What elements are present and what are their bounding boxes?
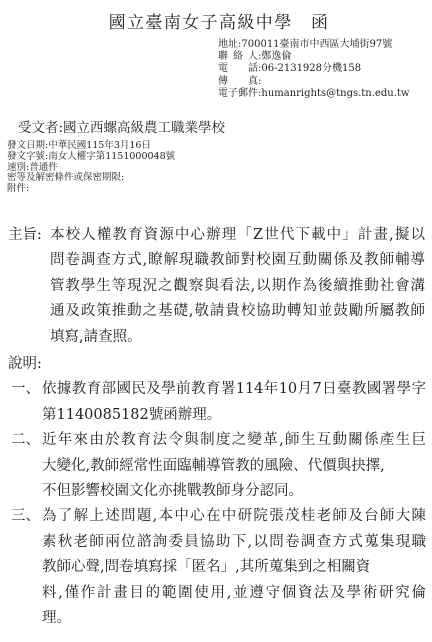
meta-line-ref-number: 發文字號:南女人權字第1151000048號: [7, 152, 175, 163]
contact-label: 傳真: [218, 76, 258, 88]
item-line: 依據教育部國民及學前教育署114年10月7日臺教國署學字: [42, 377, 426, 402]
explanation-heading: 說明:: [8, 352, 426, 377]
contact-row-fax: 傳真:: [218, 76, 409, 88]
contact-row-phone: 電話:06-2131928分機158: [218, 63, 409, 75]
subject-line: 填寫,請查照。: [50, 325, 425, 350]
item-line: 第1140085182號函辦理。: [42, 403, 426, 428]
contact-value: 700011臺南市中西區大埔街97號: [241, 39, 392, 50]
meta-line-classification: 密等及解密條件或保密期限:: [7, 173, 175, 184]
contact-value: 鄭逸倫: [261, 51, 291, 62]
contact-label: 電子郵件: [218, 88, 258, 100]
item-line: 不但影響校園文化亦挑戰教師身分認同。: [42, 479, 426, 504]
recipient-line: 受文者:國立西螺高級農工職業學校: [18, 116, 225, 136]
contact-label: 聯絡人: [218, 51, 258, 63]
item-number-label: 一、: [11, 377, 40, 402]
official-letter-page: 國立臺南女子高級中學 函 地址:700011臺南市中西區大埔街97號 聯絡人:鄭…: [0, 0, 432, 642]
contact-row-address: 地址:700011臺南市中西區大埔街97號: [218, 39, 409, 51]
subject-line: 問卷調查方式,瞭解現職教師對校園互動關係及教師輔導: [50, 248, 425, 273]
explanation-item-3: 三、 為了解上述問題,本中心在中研院張茂桂老師及台師大陳 素秋老師兩位諮詢委員協…: [11, 504, 426, 631]
item-number-label: 二、: [11, 428, 40, 453]
contact-row-email: 電子郵件:humanrights@tngs.tn.edu.tw: [218, 88, 409, 100]
subject-line: 管教學生等現況之觀察與看法,以期作為後續推動社會溝: [50, 274, 425, 299]
meta-line-attachment: 附件:: [7, 184, 175, 195]
item-line: 教師心聲,問卷填寫採「匿名」,其所蒐集到之相關資: [42, 555, 426, 580]
item-line: 理。: [42, 606, 426, 631]
contact-value: 06-2131928分機158: [261, 63, 361, 74]
item-number-label: 三、: [11, 504, 40, 529]
item-line: 近年來由於教育法令與制度之變革,師生互動關係產生巨: [42, 428, 426, 453]
explanation-item-1: 一、 依據教育部國民及學前教育署114年10月7日臺教國署學字 第1140085…: [11, 377, 426, 428]
contact-label: 地址: [218, 39, 238, 51]
sender-contact-info: 地址:700011臺南市中西區大埔街97號 聯絡人:鄭逸倫 電話:06-2131…: [218, 39, 409, 100]
explanation-item-2: 二、 近年來由於教育法令與制度之變革,師生互動關係產生巨 大變化,教師經常性面臨…: [11, 428, 426, 504]
item-line: 素秋老師兩位諮詢委員協助下,以問卷調查方式蒐集現職: [42, 530, 426, 555]
subject-text: 本校人權教育資源中心辦理「Z世代下載中」計畫,擬以 問卷調查方式,瞭解現職教師對…: [8, 223, 425, 350]
contact-label: 電話: [218, 63, 258, 75]
item-line: 大變化,教師經常性面臨輔導管教的風險、代價與抉擇,: [42, 454, 426, 479]
subject-section: 主旨: 本校人權教育資源中心辦理「Z世代下載中」計畫,擬以 問卷調查方式,瞭解現…: [8, 223, 425, 350]
contact-row-person: 聯絡人:鄭逸倫: [218, 51, 409, 63]
subject-label: 主旨:: [8, 223, 42, 248]
contact-value: humanrights@tngs.tn.edu.tw: [261, 88, 409, 99]
contact-separator: :: [258, 76, 261, 87]
document-meta: 發文日期:中華民國115年3月16日 發文字號:南女人權字第1151000048…: [7, 141, 175, 195]
subject-line: 本校人權教育資源中心辦理「Z世代下載中」計畫,擬以: [50, 223, 425, 248]
explanation-section: 說明: 一、 依據教育部國民及學前教育署114年10月7日臺教國署學字 第114…: [8, 352, 426, 631]
item-line: 為了解上述問題,本中心在中研院張茂桂老師及台師大陳: [42, 504, 426, 529]
document-title: 國立臺南女子高級中學 函: [0, 8, 432, 33]
subject-line: 通及政策推動之基礎,敬請貴校協助轉知並鼓勵所屬教師: [50, 299, 425, 324]
item-line: 料,僅作計畫目的範圍使用,並遵守個資法及學術研究倫: [42, 581, 426, 606]
